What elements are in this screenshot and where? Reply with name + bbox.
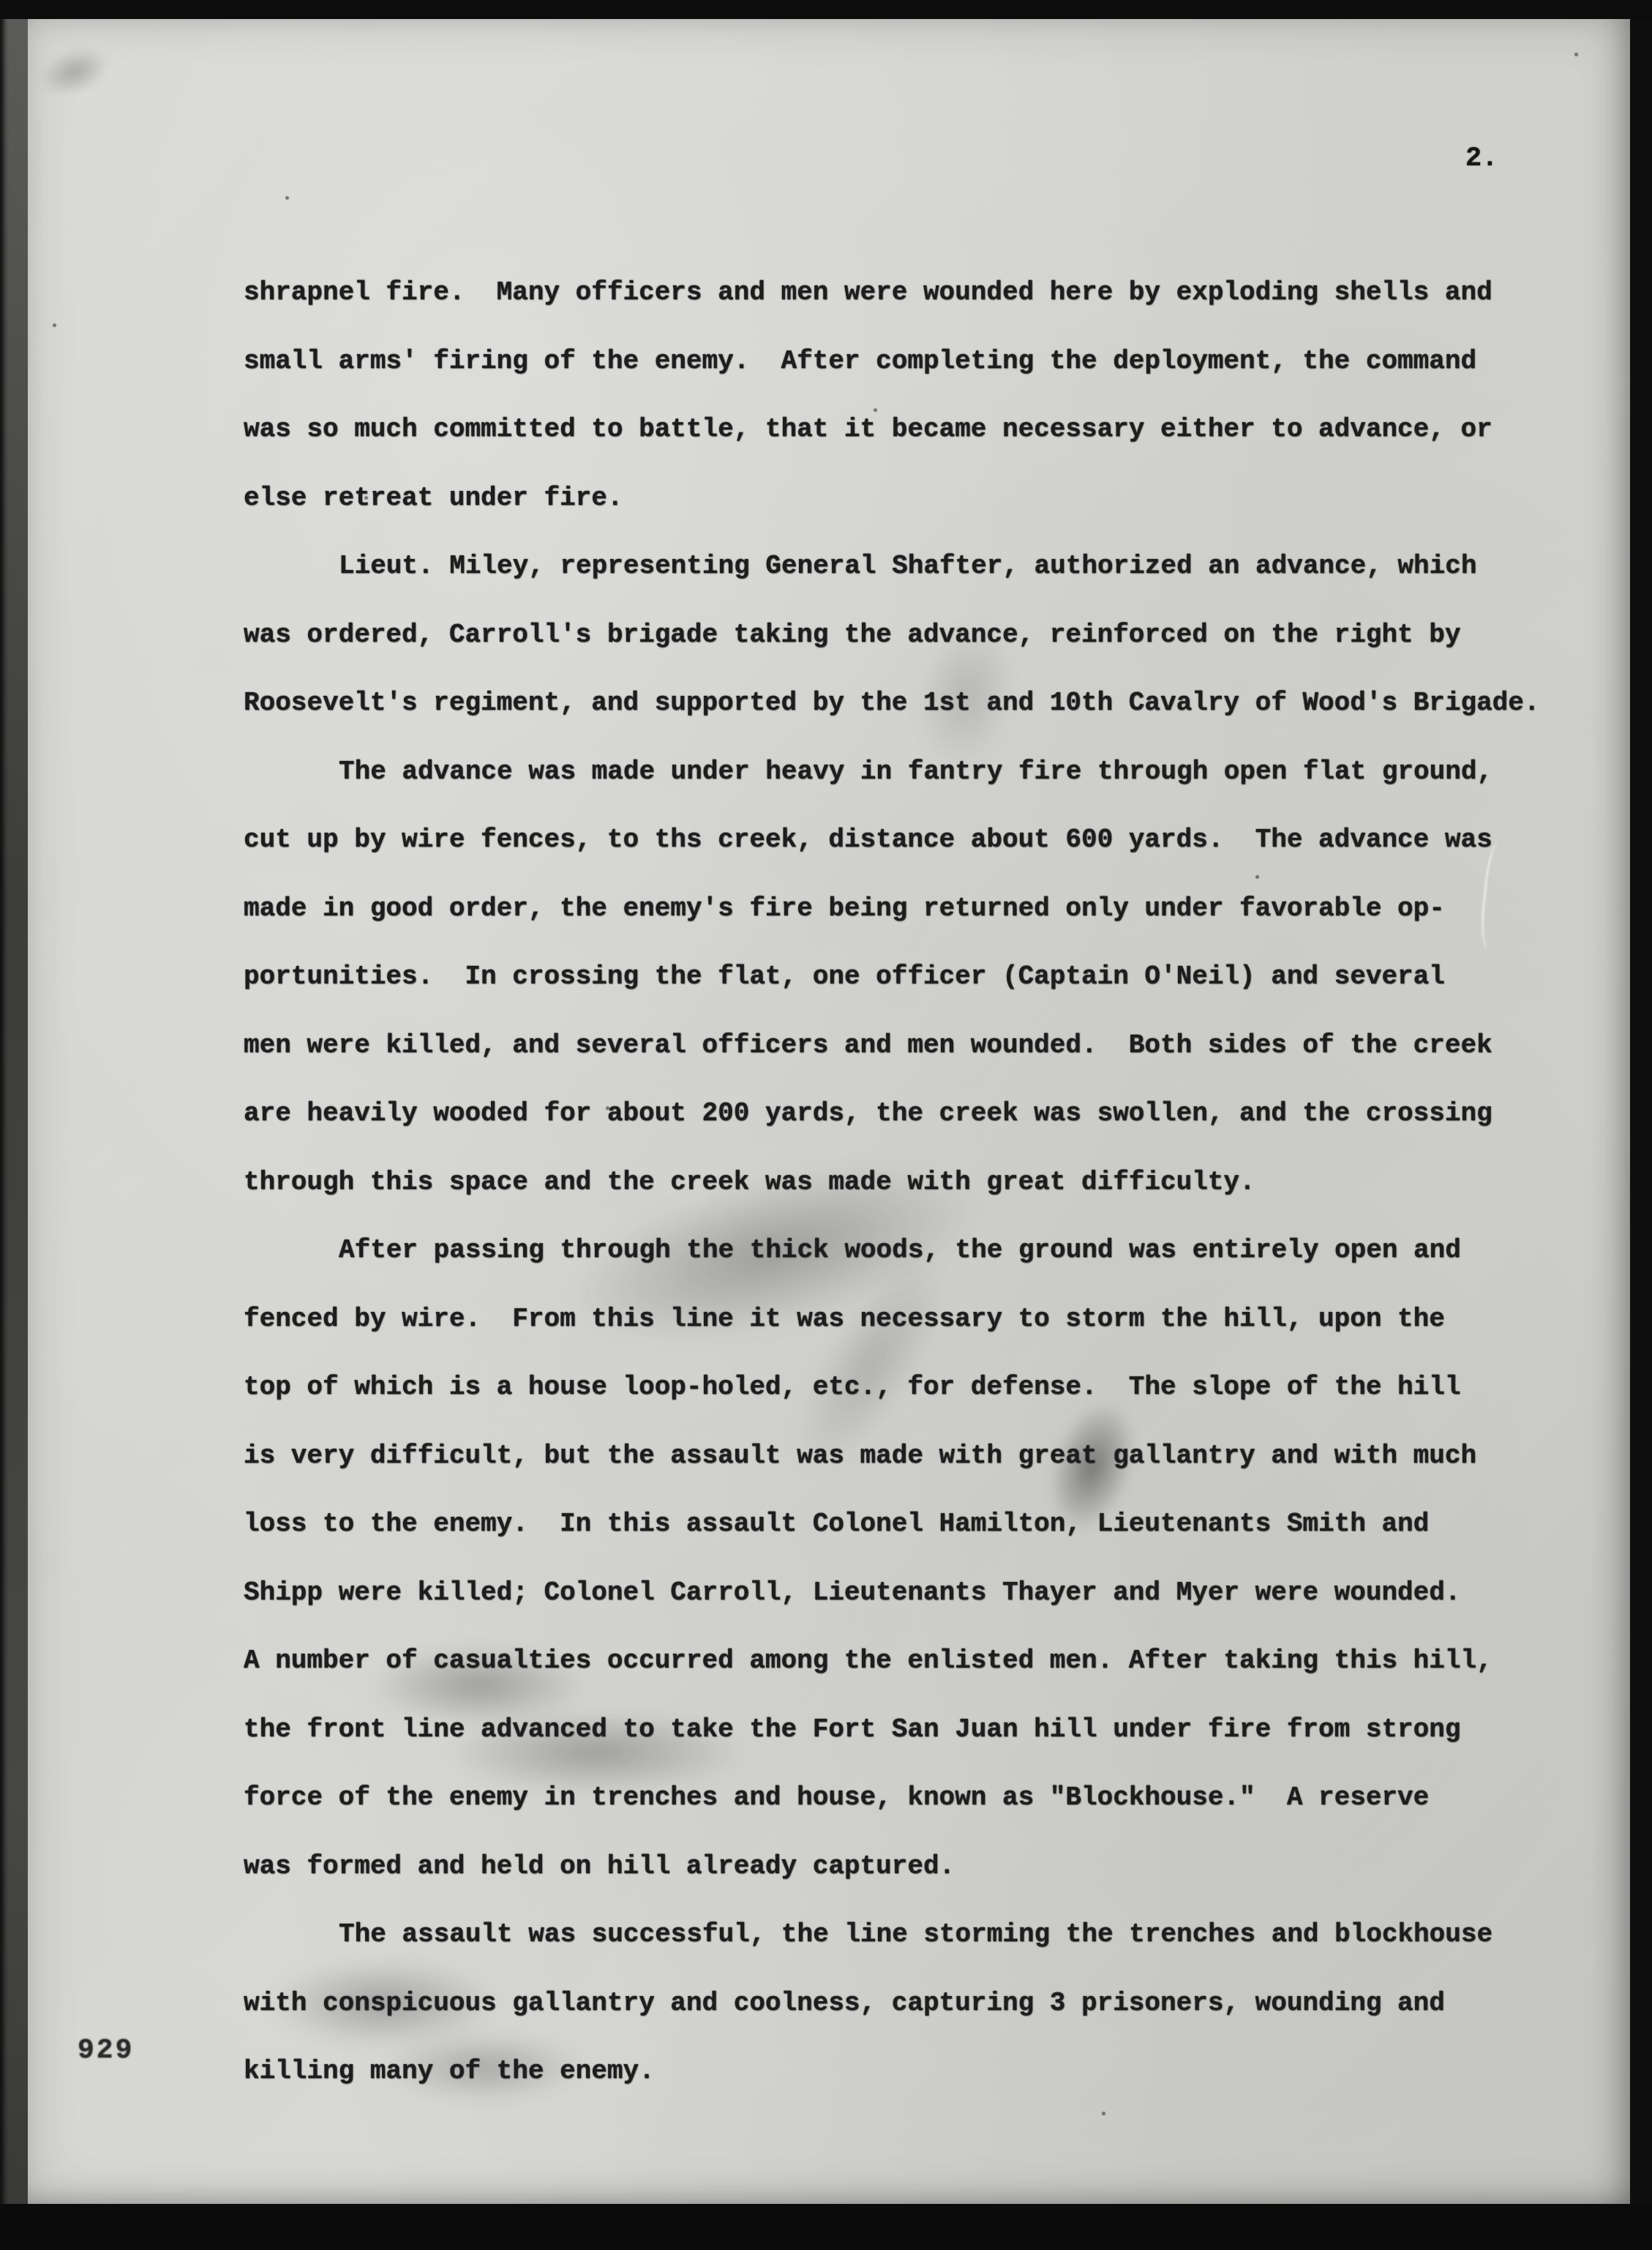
text-line: the front line advanced to take the Fort… — [244, 1695, 1553, 1764]
text-line: cut up by wire fences, to ths creek, dis… — [244, 806, 1553, 874]
margin-stamp-number: 929 — [78, 2035, 134, 2066]
text-line: Shipp were killed; Colonel Carroll, Lieu… — [244, 1559, 1553, 1627]
text-line: was so much committed to battle, that it… — [244, 395, 1553, 464]
scan-border-right — [1630, 0, 1652, 2250]
text-line: else retreat under fire. — [244, 464, 1553, 533]
scanned-document-page: 2. shrapnel fire. Many officers and men … — [0, 0, 1652, 2250]
text-line: The advance was made under heavy in fant… — [244, 738, 1553, 806]
text-line: fenced by wire. From this line it was ne… — [244, 1285, 1553, 1354]
text-line: was formed and held on hill already capt… — [244, 1832, 1553, 1901]
text-line: After passing through the thick woods, t… — [244, 1216, 1553, 1285]
text-line: are heavily wooded for about 200 yards, … — [244, 1079, 1553, 1148]
paragraph: Lieut. Miley, representing General Shaft… — [244, 532, 1553, 738]
ink-speck — [1574, 53, 1578, 56]
text-line: shrapnel fire. Many officers and men wer… — [244, 258, 1553, 327]
scan-border-left — [0, 0, 28, 2250]
scan-border-top — [0, 0, 1652, 19]
page-number: 2. — [1465, 143, 1498, 174]
text-line: force of the enemy in trenches and house… — [244, 1763, 1553, 1832]
paragraph: The assault was successful, the line sto… — [244, 1900, 1553, 2106]
text-line: killing many of the enemy. — [244, 2037, 1553, 2106]
text-line: men were killed, and several officers an… — [244, 1011, 1553, 1080]
ink-speck — [53, 323, 56, 327]
text-line: is very difficult, but the assault was m… — [244, 1422, 1553, 1490]
ink-speck — [1102, 2112, 1105, 2115]
text-line: portunities. In crossing the flat, one o… — [244, 942, 1553, 1011]
paragraph: After passing through the thick woods, t… — [244, 1216, 1553, 1900]
text-line: The assault was successful, the line sto… — [244, 1900, 1553, 1969]
text-line: A number of casualties occurred among th… — [244, 1627, 1553, 1695]
text-line: Roosevelt's regiment, and supported by t… — [244, 669, 1553, 738]
text-line: top of which is a house loop-holed, etc.… — [244, 1353, 1553, 1422]
paragraph: shrapnel fire. Many officers and men wer… — [244, 258, 1553, 532]
text-line: Lieut. Miley, representing General Shaft… — [244, 532, 1553, 601]
scan-border-bottom — [0, 2204, 1652, 2250]
paragraph: The advance was made under heavy in fant… — [244, 738, 1553, 1217]
text-line: small arms' firing of the enemy. After c… — [244, 327, 1553, 396]
text-line: with conspicuous gallantry and coolness,… — [244, 1969, 1553, 2038]
text-line: through this space and the creek was mad… — [244, 1148, 1553, 1217]
text-line: loss to the enemy. In this assault Colon… — [244, 1490, 1553, 1559]
text-line: made in good order, the enemy's fire bei… — [244, 874, 1553, 943]
ink-speck — [285, 196, 289, 200]
text-line: was ordered, Carroll's brigade taking th… — [244, 601, 1553, 670]
document-body: shrapnel fire. Many officers and men wer… — [244, 258, 1553, 2106]
